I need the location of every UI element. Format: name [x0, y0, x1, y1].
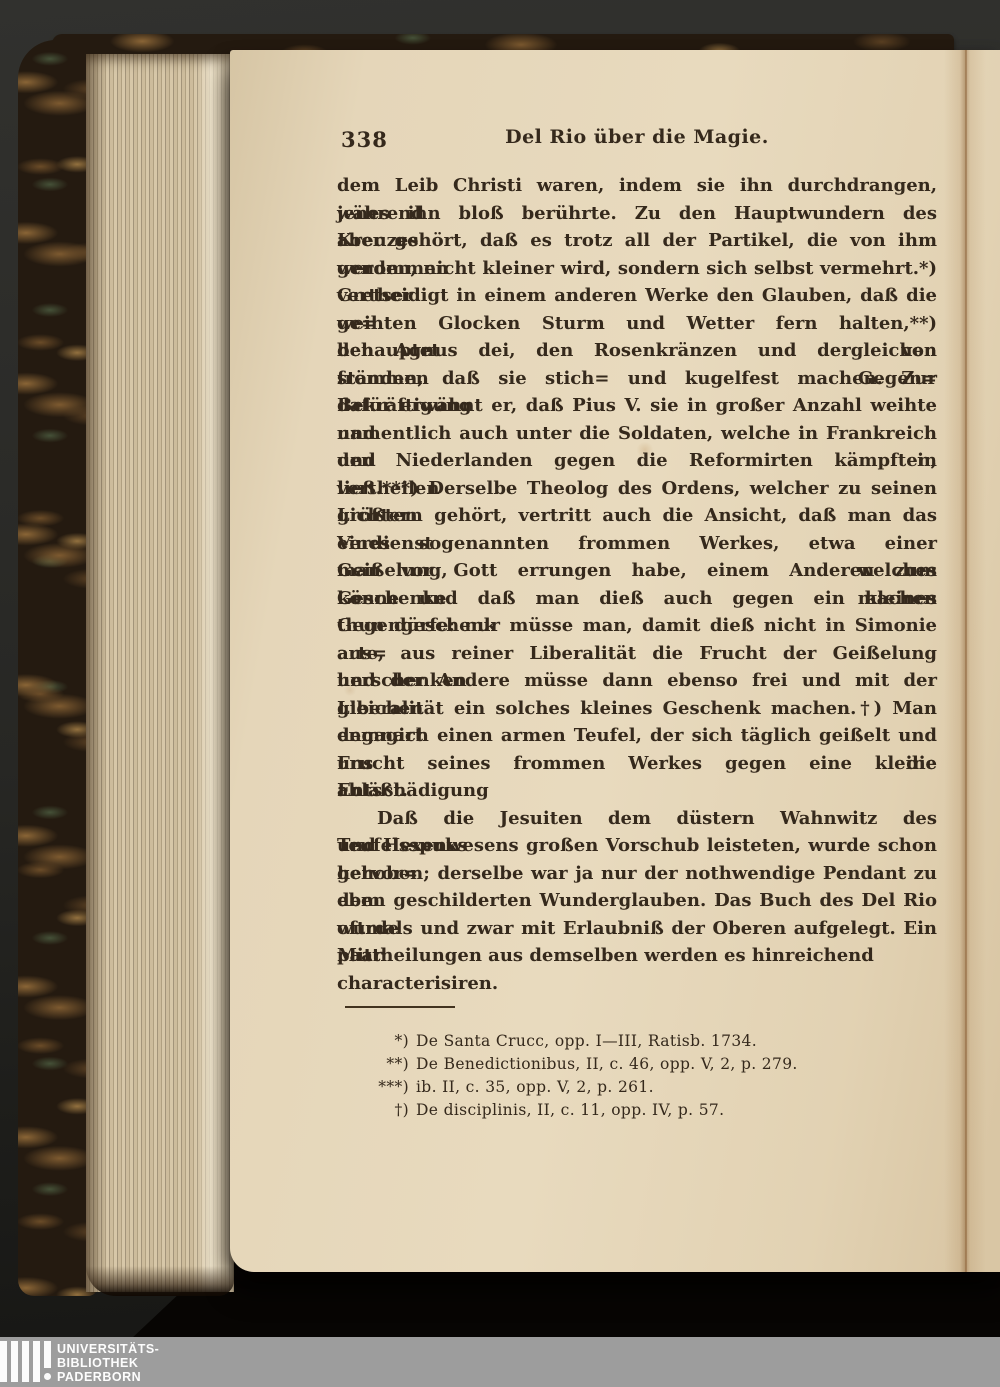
text-line: gehoben; derselbe war ja nur der nothwen… — [337, 860, 937, 888]
page-header: 338 Del Rio über die Magie. — [337, 126, 937, 148]
footnote: **) De Benedictionibus, II, c. 46, opp. … — [337, 1053, 937, 1076]
body-text: dem Leib Christi waren, indem sie ihn du… — [337, 172, 937, 970]
page-text-block: 338 Del Rio über die Magie. dem Leib Chr… — [337, 50, 937, 1272]
text-line: Lichtern gehört, vertritt auch die Ansic… — [337, 502, 937, 530]
logo-bar — [0, 1341, 7, 1382]
logo-exclamation-bar — [44, 1341, 51, 1368]
text-line: demnach einen armen Teufel, der sich täg… — [337, 722, 937, 750]
gutter-crease-line — [965, 50, 967, 1272]
text-line: Daß die Jesuiten dem düstern Wahnwitz de… — [337, 805, 937, 833]
running-header: Del Rio über die Magie. — [505, 126, 769, 148]
text-line: eines sogenannten frommen Werkes, etwa e… — [337, 530, 937, 558]
library-watermark-band: UNIVERSITÄTS- BIBLIOTHEK PADERBORN — [0, 1337, 1000, 1387]
text-line: Frucht seines frommen Werkes gegen eine … — [337, 750, 937, 778]
scanned-book-photo: 338 Del Rio über die Magie. dem Leib Chr… — [0, 0, 1000, 1387]
text-line: den Agnus dei, den Rosenkränzen und derg… — [337, 337, 937, 365]
footnote: *) De Santa Crucc, opp. I—III, Ratisb. 1… — [337, 1030, 937, 1053]
footnote-text: De Benedictionibus, II, c. 46, opp. V, 2… — [416, 1053, 937, 1076]
logo-bar — [11, 1341, 18, 1382]
logo-bar — [22, 1341, 29, 1382]
text-line: namentlich auch unter die Soldaten, welc… — [337, 420, 937, 448]
footnote: †) De disciplinis, II, c. 11, opp. IV, p… — [337, 1099, 937, 1122]
library-name-line: BIBLIOTHEK — [57, 1356, 159, 1370]
logo-bar — [33, 1341, 40, 1382]
footnote-marker: **) — [337, 1053, 416, 1076]
library-name-line: UNIVERSITÄTS- — [57, 1342, 159, 1356]
text-line: und Hexenwesens großen Vorschub leistete… — [337, 832, 937, 860]
text-line: ständen, daß sie stich= und kugelfest ma… — [337, 365, 937, 393]
footnote: ***) ib. II, c. 35, opp. V, 2, p. 261. — [337, 1076, 937, 1099]
page-edges-stack — [86, 54, 234, 1292]
text-line: thun dürfe: nur müsse man, damit dieß ni… — [337, 612, 937, 640]
text-line: und der Andere müsse dann ebenso frei un… — [337, 667, 937, 695]
footnotes: *) De Santa Crucc, opp. I—III, Ratisb. 1… — [337, 1030, 937, 1122]
text-line: jenes ihn bloß berührte. Zu den Hauptwun… — [337, 200, 937, 228]
text-line: Mittheilungen aus demselben werden es hi… — [337, 942, 937, 970]
text-line: werden, nicht kleiner wird, sondern sich… — [337, 255, 937, 283]
text-line: dafür erwähnt er, daß Pius V. sie in gro… — [337, 392, 937, 420]
text-line: könne und daß man dieß auch gegen ein kl… — [337, 585, 937, 613]
footnote-text: ib. II, c. 35, opp. V, 2, p. 261. — [416, 1076, 937, 1099]
footnote-text: De Santa Crucc, opp. I—III, Ratisb. 1734… — [416, 1030, 937, 1053]
text-line: vertheidigt in einem anderen Werke den G… — [337, 282, 937, 310]
text-line: dem Leib Christi waren, indem sie ihn du… — [337, 172, 937, 200]
page-number: 338 — [341, 127, 388, 152]
library-name: UNIVERSITÄTS- BIBLIOTHEK PADERBORN — [57, 1342, 159, 1384]
text-line: aber gehört, daß es trotz all der Partik… — [337, 227, 937, 255]
text-line: oftmals und zwar mit Erlaubniß der Obere… — [337, 915, 937, 943]
footnote-marker: †) — [337, 1099, 416, 1122]
book-page: 338 Del Rio über die Magie. dem Leib Chr… — [230, 50, 1000, 1272]
text-line: ließ.***) Derselbe Theolog des Ordens, w… — [337, 475, 937, 503]
text-line: Liberalität ein solches kleines Geschenk… — [337, 695, 937, 723]
footnote-text: De disciplinis, II, c. 11, opp. IV, p. 5… — [416, 1099, 937, 1122]
footnote-marker: ***) — [337, 1076, 416, 1099]
text-line: man vor Gott errungen habe, einem Andere… — [337, 557, 937, 585]
footnote-marker: *) — [337, 1030, 416, 1053]
logo-exclamation-dot — [44, 1373, 51, 1380]
text-line: arte, aus reiner Liberalität die Frucht … — [337, 640, 937, 668]
footnote-separator-rule — [345, 1006, 455, 1008]
text-line: weihten Glocken Sturm und Wetter fern ha… — [337, 310, 937, 338]
text-line: den Niederlanden gegen die Reformirten k… — [337, 447, 937, 475]
text-line: eben geschilderten Wunderglauben. Das Bu… — [337, 887, 937, 915]
library-name-line: PADERBORN — [57, 1370, 159, 1384]
